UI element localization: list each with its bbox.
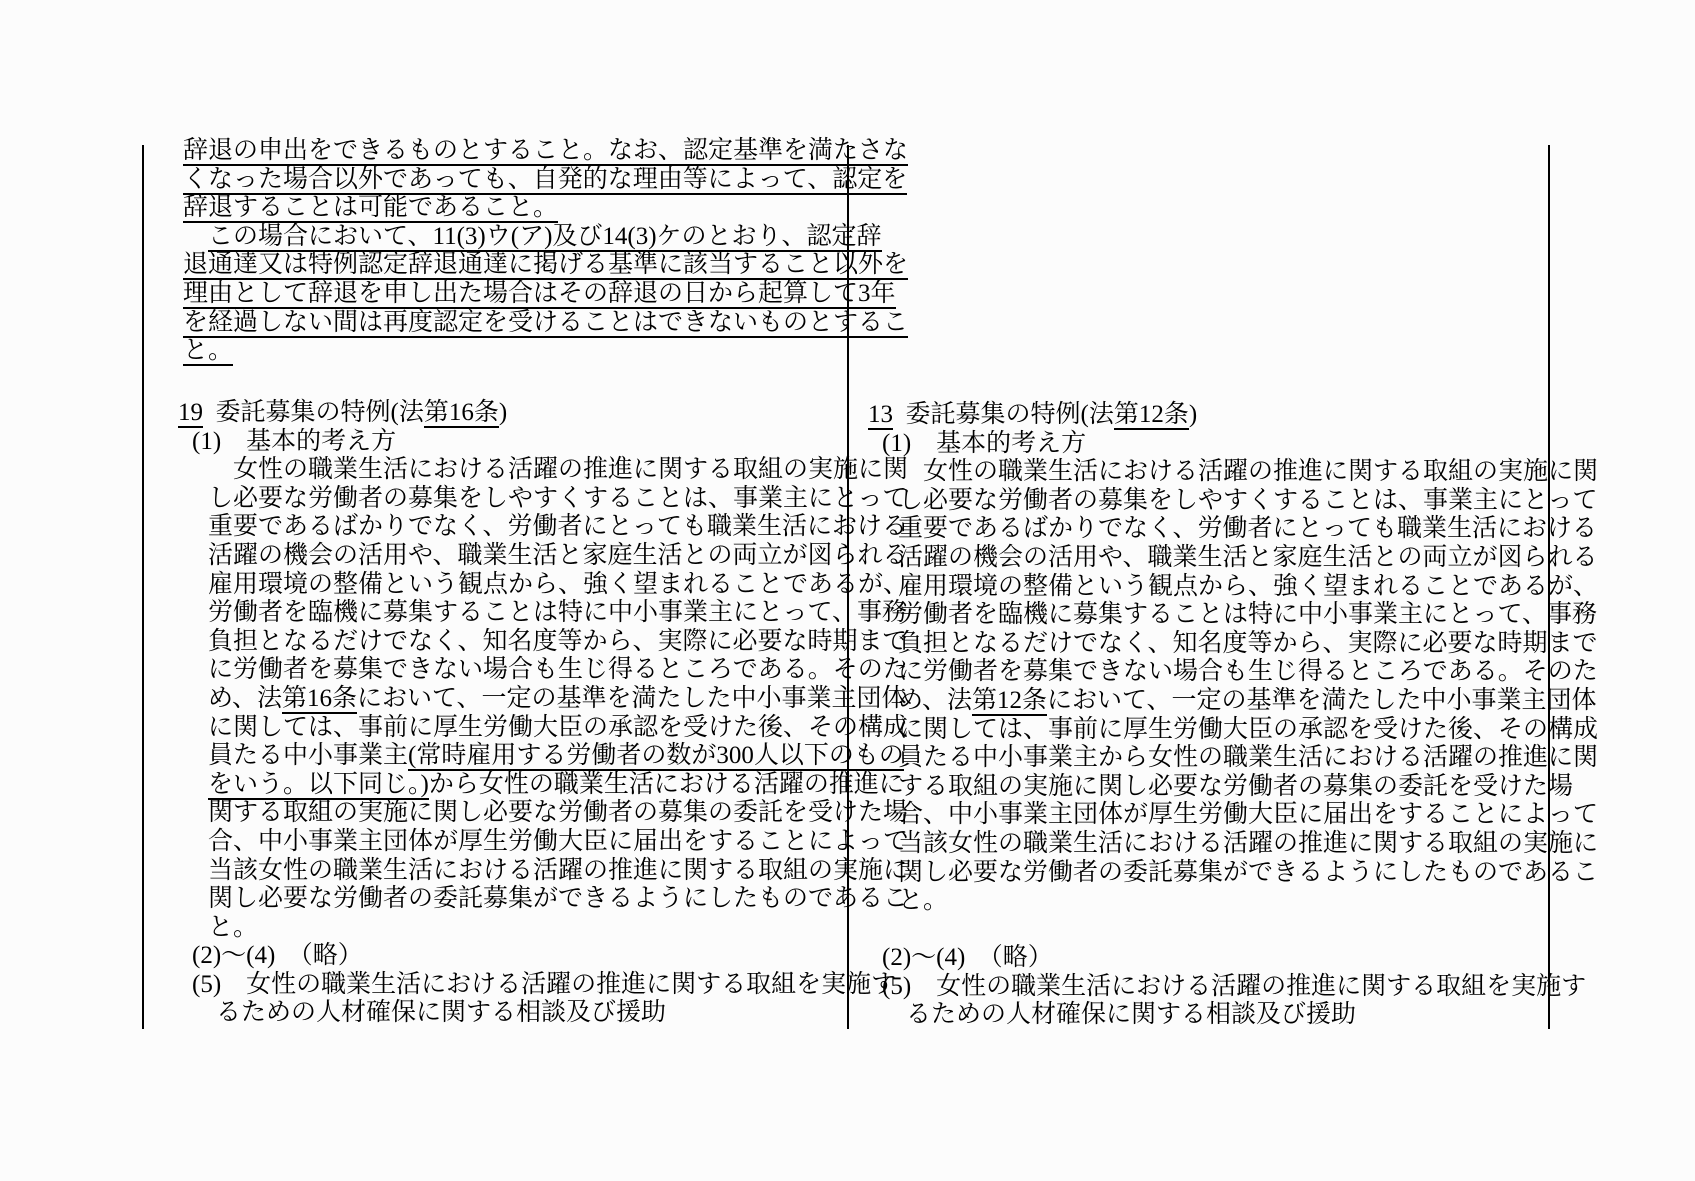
text-line: 関し必要な労働者の委託募集ができるようにしたものであるこ (178, 885, 844, 914)
text-line: し必要な労働者の募集をしやすくすることは、事業主にとって (868, 487, 1544, 516)
text: 関する取組の実施に関し必要な労働者の募集の委託を受けた場 (208, 799, 908, 826)
text-line: と。 (183, 337, 845, 366)
underlined-text: くなった場合以外であっても、自発的な理由等によって、認定を (183, 166, 907, 195)
text-line: (1) 基本的考え方 (868, 430, 1544, 459)
text-line: 19 委託募集の特例(法第16条) (178, 399, 844, 428)
text: (1) 基本的考え方 (882, 430, 1086, 457)
text-line: をいう。以下同じ。)から女性の職業生活における活躍の推進に (178, 771, 844, 800)
text: と。 (208, 914, 258, 941)
text: において、一定の基準を満たした中小事業主団体 (1047, 687, 1597, 714)
text-line: (2)～(4) （略） (868, 944, 1544, 973)
text-line: (5) 女性の職業生活における活躍の推進に関する取組を実施す (178, 971, 844, 1000)
text: 員たる中小事業主から女性の職業生活における活躍の推進に関 (898, 744, 1598, 771)
text-line: 関する取組の実施に関し必要な労働者の募集の委託を受けた場 (178, 799, 844, 828)
left-column-closing-paragraph: 辞退の申出をできるものとすること。なお、認定基準を満たさなくなった場合以外であっ… (183, 137, 845, 366)
left-column-section-19: 19 委託募集の特例(法第16条)(1) 基本的考え方 女性の職業生活における活… (178, 399, 844, 1028)
text: 雇用環境の整備という観点から、強く望まれることであるが、 (208, 571, 908, 598)
text: 労働者を臨機に募集することは特に中小事業主にとって、事務 (898, 601, 1597, 628)
text: 員たる中小事業主 (208, 742, 408, 769)
text-line: 辞退の申出をできるものとすること。なお、認定基準を満たさな (183, 137, 845, 166)
underlined-text: 第12条 (972, 687, 1047, 716)
text-line: め、法第12条において、一定の基準を満たした中小事業主団体 (868, 687, 1544, 716)
text: し必要な労働者の募集をしやすくすることは、事業主にとって (898, 487, 1598, 514)
text: るための人材確保に関する相談及び援助 (216, 999, 666, 1026)
text-line: 負担となるだけでなく、知名度等から、実際に必要な時期まで (868, 630, 1544, 659)
text-line: 負担となるだけでなく、知名度等から、実際に必要な時期まで (178, 628, 844, 657)
text-line: 労働者を臨機に募集することは特に中小事業主にとって、事務 (178, 599, 844, 628)
text: ) (499, 399, 507, 426)
document-page: 辞退の申出をできるものとすること。なお、認定基準を満たさなくなった場合以外であっ… (0, 0, 1695, 1181)
text-line: 重要であるばかりでなく、労働者にとっても職業生活における (868, 515, 1544, 544)
text: るための人材確保に関する相談及び援助 (906, 1001, 1356, 1028)
text: と。 (898, 887, 948, 914)
text: に労働者を募集できない場合も生じ得るところである。そのた (208, 656, 908, 683)
text-line: 重要であるばかりでなく、労働者にとっても職業生活における (178, 513, 844, 542)
text-line: (1) 基本的考え方 (178, 428, 844, 457)
text: 重要であるばかりでなく、労働者にとっても職業生活における (208, 513, 907, 540)
text: する取組の実施に関し必要な労働者の募集の委託を受けた場 (898, 773, 1573, 800)
underlined-text: 理由として辞退を申し出た場合はその辞退の日から起算して3年 (183, 280, 896, 309)
text-line: 員たる中小事業主(常時雇用する労働者の数が300人以下のもの (178, 742, 844, 771)
text-line: に関しては、事前に厚生労働大臣の承認を受けた後、その構成 (178, 714, 844, 743)
underlined-text: 13 (868, 401, 893, 430)
text-line: 当該女性の職業生活における活躍の推進に関する取組の実施に (868, 830, 1544, 859)
text: め、法 (898, 687, 972, 714)
text: 関し必要な労働者の委託募集ができるようにしたものであるこ (208, 885, 908, 912)
text (183, 223, 208, 250)
text: において、一定の基準を満たした中小事業主団体 (357, 685, 907, 712)
underlined-text: をいう。以下同じ。) (208, 771, 429, 800)
text: (5) 女性の職業生活における活躍の推進に関する取組を実施す (882, 973, 1586, 1000)
text: (2)～(4) （略） (882, 944, 1053, 971)
text-line: め、法第16条において、一定の基準を満たした中小事業主団体 (178, 685, 844, 714)
text-line: くなった場合以外であっても、自発的な理由等によって、認定を (183, 166, 845, 195)
text-line: (5) 女性の職業生活における活躍の推進に関する取組を実施す (868, 973, 1544, 1002)
text: 重要であるばかりでなく、労働者にとっても職業生活における (898, 515, 1597, 542)
right-column-section-13: 13 委託募集の特例(法第12条)(1) 基本的考え方 女性の職業生活における活… (868, 401, 1544, 1030)
underlined-text: と。 (183, 337, 233, 366)
text-line: 女性の職業生活における活躍の推進に関する取組の実施に関 (868, 458, 1544, 487)
text-line: 辞退することは可能であること。 (183, 194, 845, 223)
text: 活躍の機会の活用や、職業生活と家庭生活との両立が図られる (898, 544, 1598, 571)
text-line: 合、中小事業主団体が厚生労働大臣に届出をすることによって (868, 801, 1544, 830)
underlined-text: 第16条 (424, 399, 499, 428)
text: 合、中小事業主団体が厚生労働大臣に届出をすることによって (208, 828, 908, 855)
text-line: 当該女性の職業生活における活躍の推進に関する取組の実施に (178, 857, 844, 886)
left-border-rule (142, 145, 144, 1029)
text-line: 員たる中小事業主から女性の職業生活における活躍の推進に関 (868, 744, 1544, 773)
text-line: 雇用環境の整備という観点から、強く望まれることであるが、 (868, 573, 1544, 602)
text-line: と。 (178, 914, 844, 943)
text: に労働者を募集できない場合も生じ得るところである。そのた (898, 658, 1598, 685)
text: し必要な労働者の募集をしやすくすることは、事業主にとって (208, 485, 908, 512)
text-line: に関しては、事前に厚生労働大臣の承認を受けた後、その構成 (868, 716, 1544, 745)
underlined-text: (常時雇用する労働者の数が300人以下のもの (408, 742, 904, 771)
text: 女性の職業生活における活躍の推進に関する取組の実施に関 (208, 456, 908, 483)
text: 委託募集の特例(法 (203, 399, 424, 426)
text-line: に労働者を募集できない場合も生じ得るところである。そのた (178, 656, 844, 685)
text-line: 活躍の機会の活用や、職業生活と家庭生活との両立が図られる (868, 544, 1544, 573)
text-line: (2)～(4) （略） (178, 942, 844, 971)
blank-line (868, 916, 1544, 945)
text: 当該女性の職業生活における活躍の推進に関する取組の実施に (208, 857, 908, 884)
text: から女性の職業生活における活躍の推進に (429, 771, 904, 798)
text-line: 13 委託募集の特例(法第12条) (868, 401, 1544, 430)
text: 雇用環境の整備という観点から、強く望まれることであるが、 (898, 573, 1598, 600)
text-line: るための人材確保に関する相談及び援助 (178, 999, 844, 1028)
text-line: と。 (868, 887, 1544, 916)
text: (5) 女性の職業生活における活躍の推進に関する取組を実施す (192, 971, 896, 998)
text-line: 退通達又は特例認定辞退通達に掲げる基準に該当すること以外を (183, 251, 845, 280)
underlined-text: 第16条 (282, 685, 357, 714)
underlined-text: この場合において、11(3)ウ(ア)及び14(3)ケのとおり、認定辞 (208, 223, 882, 252)
text-line: 理由として辞退を申し出た場合はその辞退の日から起算して3年 (183, 280, 845, 309)
text-line: し必要な労働者の募集をしやすくすることは、事業主にとって (178, 485, 844, 514)
text-line: 活躍の機会の活用や、職業生活と家庭生活との両立が図られる (178, 542, 844, 571)
text: に関しては、事前に厚生労働大臣の承認を受けた後、その構成 (898, 716, 1598, 743)
text: 当該女性の職業生活における活躍の推進に関する取組の実施に (898, 830, 1598, 857)
text-line: 女性の職業生活における活躍の推進に関する取組の実施に関 (178, 456, 844, 485)
text: 関し必要な労働者の委託募集ができるようにしたものであるこ (898, 859, 1598, 886)
text: 委託募集の特例(法 (893, 401, 1114, 428)
text: (2)～(4) （略） (192, 942, 363, 969)
text: め、法 (208, 685, 282, 712)
text: に関しては、事前に厚生労働大臣の承認を受けた後、その構成 (208, 714, 908, 741)
text: 女性の職業生活における活躍の推進に関する取組の実施に関 (898, 458, 1598, 485)
text-line: るための人材確保に関する相談及び援助 (868, 1001, 1544, 1030)
text: 負担となるだけでなく、知名度等から、実際に必要な時期まで (898, 630, 1598, 657)
text-line: 関し必要な労働者の委託募集ができるようにしたものであるこ (868, 859, 1544, 888)
text-line: 雇用環境の整備という観点から、強く望まれることであるが、 (178, 571, 844, 600)
text: ) (1189, 401, 1197, 428)
underlined-text: 退通達又は特例認定辞退通達に掲げる基準に該当すること以外を (183, 251, 908, 280)
underlined-text: 辞退の申出をできるものとすること。なお、認定基準を満たさな (183, 137, 908, 166)
text-line: この場合において、11(3)ウ(ア)及び14(3)ケのとおり、認定辞 (183, 223, 845, 252)
text: (1) 基本的考え方 (192, 428, 396, 455)
text-line: 合、中小事業主団体が厚生労働大臣に届出をすることによって (178, 828, 844, 857)
underlined-text: 第12条 (1114, 401, 1189, 430)
text: 合、中小事業主団体が厚生労働大臣に届出をすることによって (898, 801, 1598, 828)
text-line: に労働者を募集できない場合も生じ得るところである。そのた (868, 658, 1544, 687)
text: 労働者を臨機に募集することは特に中小事業主にとって、事務 (208, 599, 907, 626)
underlined-text: を経過しない間は再度認定を受けることはできないものとするこ (183, 309, 908, 338)
text-line: する取組の実施に関し必要な労働者の募集の委託を受けた場 (868, 773, 1544, 802)
underlined-text: 19 (178, 399, 203, 428)
underlined-text: 辞退することは可能であること。 (183, 194, 558, 223)
text: 活躍の機会の活用や、職業生活と家庭生活との両立が図られる (208, 542, 908, 569)
text-line: を経過しない間は再度認定を受けることはできないものとするこ (183, 309, 845, 338)
text-line: 労働者を臨機に募集することは特に中小事業主にとって、事務 (868, 601, 1544, 630)
text: 負担となるだけでなく、知名度等から、実際に必要な時期まで (208, 628, 908, 655)
